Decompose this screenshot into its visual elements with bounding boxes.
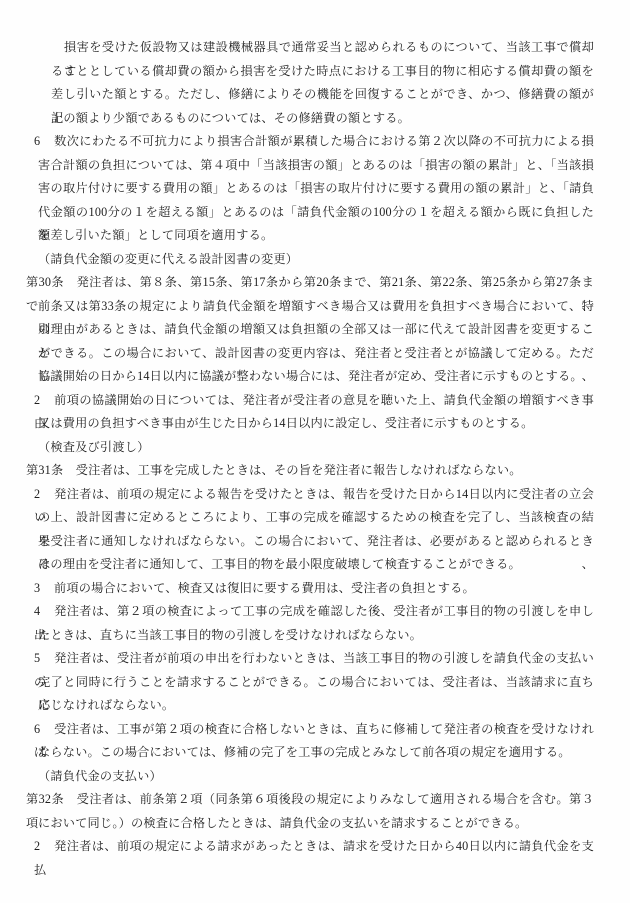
text-line: 2発注者は、前項の規定による請求があったときは、請求を受けた日から40日以内に請… xyxy=(26,835,594,859)
text-line: 代金額の100分の１を超える額」とあるのは「請負代金額の100分の１を超える額か… xyxy=(26,201,594,225)
section-heading: （検査及び引渡し） xyxy=(26,436,594,460)
text-line: その理由を受注者に通知して、工事目的物を最小限度破壊して検査することができる。 xyxy=(26,553,594,577)
article-line: 第31条 受注者は、工事を完成したときは、その旨を発注者に報告しなければならない… xyxy=(26,459,594,483)
item-number: 2 xyxy=(34,483,54,507)
text-line: 記の額より少額であるものについては、その修繕費の額とする。 xyxy=(26,107,594,131)
article-line: 第32条 受注者は、前条第２項（同条第６項後段の規定によりみなして適用される場合… xyxy=(26,788,594,812)
text-line: を差し引いた額」として同項を適用する。 xyxy=(26,224,594,248)
article-line: 第30条 発注者は、第８条、第15条、第17条から第20条まで、第21条、第22… xyxy=(26,271,594,295)
text-line: 3前項の場合において、検査又は復旧に要する費用は、受注者の負担とする。 xyxy=(26,577,594,601)
text-line: 2前項の協議開始の日については、発注者が受注者の意見を聴いた上、請負代金額の増額… xyxy=(26,389,594,413)
item-number: 3 xyxy=(34,577,54,601)
text-line: において同じ。）の検査に合格したときは、請負代金の支払いを請求することができる。 xyxy=(26,812,594,836)
text-line: 5発注者は、受注者が前項の申出を行わないときは、当該工事目的物の引渡しを請負代金… xyxy=(26,647,594,671)
text-line: 損害を受けた仮設物又は建設機械器具で通常妥当と認められるものについて、当該工事で… xyxy=(26,36,594,60)
text-line: 2発注者は、前項の規定による報告を受けたときは、報告を受けた日から14日以内に受… xyxy=(26,483,594,507)
text-line: 6数次にわたる不可抗力により損害合計額が累積した場合における第２次以降の不可抗力… xyxy=(26,130,594,154)
text-line: ることとしている償却費の額から損害を受けた時点における工事目的物に相応する償却費… xyxy=(26,60,594,84)
item-number: 5 xyxy=(34,647,54,671)
text-line: の上、設計図書に定めるところにより、工事の完成を確認するための検査を完了し、当該… xyxy=(26,506,594,530)
text-line: 害の取片付けに要する費用の額」とあるのは「損害の取片付けに要する費用の額の累計」… xyxy=(26,177,594,201)
text-line: 又は費用の負担すべき事由が生じた日から14日以内に設定し、受注者に示すものとする… xyxy=(26,412,594,436)
text-line: 完了と同時に行うことを請求することができる。この場合においては、受注者は、当該請… xyxy=(26,671,594,695)
item-number: 4 xyxy=(34,600,54,624)
section-heading: （請負代金額の変更に代える設計図書の変更） xyxy=(26,248,594,272)
text-line: 6受注者は、工事が第２項の検査に合格しないときは、直ちに修補して発注者の検査を受… xyxy=(26,718,594,742)
item-text: 前項の場合において、検査又は復旧に要する費用は、受注者の負担とする。 xyxy=(54,581,475,595)
text-line: 差し引いた額とする。ただし、修繕によりその機能を回復することができ、かつ、修繕費… xyxy=(26,83,594,107)
text-line: たときは、直ちに当該工事目的物の引渡しを受けなければならない。 xyxy=(26,624,594,648)
text-line: ができる。この場合において、設計図書の変更内容は、発注者と受注者とが協議して定め… xyxy=(26,342,594,366)
item-number: 2 xyxy=(34,389,54,413)
item-text: 発注者は、前項の規定による請求があったときは、請求を受けた日から40日以内に請負… xyxy=(34,839,594,877)
text-line: 応じなければならない。 xyxy=(26,694,594,718)
text-line: を受注者に通知しなければならない。この場合において、発注者は、必要があると認めら… xyxy=(26,530,594,554)
item-text: 数次にわたる不可抗力により損害合計額が累積した場合における第２次以降の不可抗力に… xyxy=(54,134,594,148)
text-line: の理由があるときは、請負代金額の増額又は負担額の全部又は一部に代えて設計図書を変… xyxy=(26,318,594,342)
document-text-block: 損害を受けた仮設物又は建設機械器具で通常妥当と認められるものについて、当該工事で… xyxy=(26,36,594,859)
section-heading: （請負代金の支払い） xyxy=(26,765,594,789)
scanned-document-page: 損害を受けた仮設物又は建設機械器具で通常妥当と認められるものについて、当該工事で… xyxy=(0,0,630,903)
item-number: 2 xyxy=(34,835,54,859)
item-number: 6 xyxy=(34,130,54,154)
text-line: 4発注者は、第２項の検査によって工事の完成を確認した後、受注者が工事目的物の引渡… xyxy=(26,600,594,624)
item-number: 6 xyxy=(34,718,54,742)
text-line: 協議開始の日から14日以内に協議が整わない場合には、発注者が定め、受注者に示すも… xyxy=(26,365,594,389)
text-line: 害合計額の負担については、第４項中「当該損害の額」とあるのは「損害の額の累計」と… xyxy=(26,154,594,178)
text-line: ならない。この場合においては、修補の完了を工事の完成とみなして前各項の規定を適用… xyxy=(26,741,594,765)
text-line: 前条又は第33条の規定により請負代金額を増額すべき場合又は費用を負担すべき場合に… xyxy=(26,295,594,319)
